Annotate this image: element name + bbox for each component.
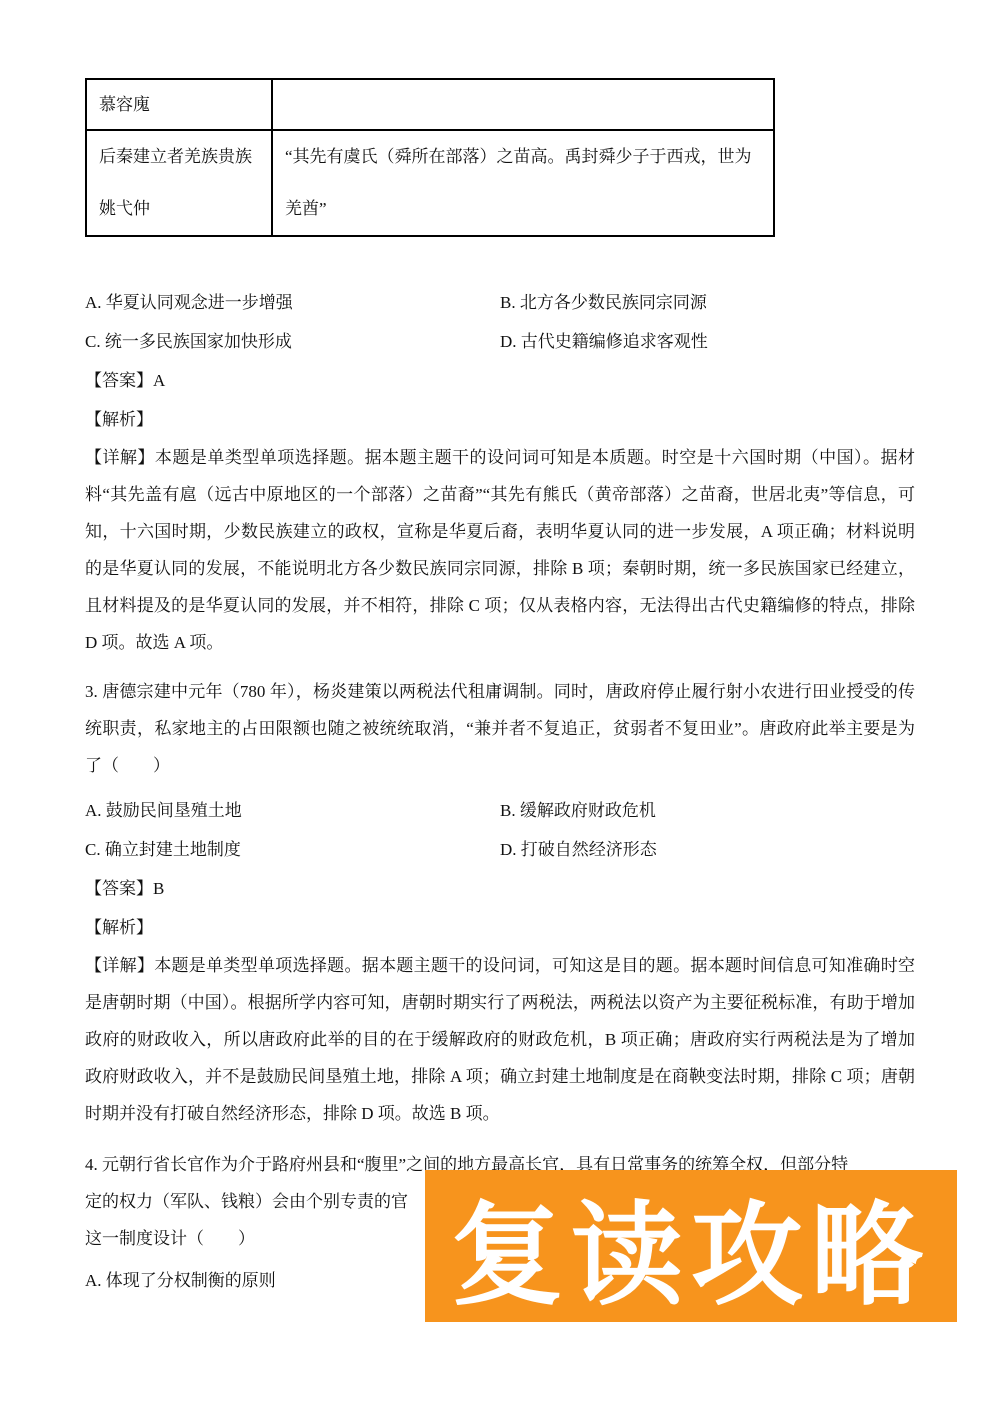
option-row: C. 统一多民族国家加快形成 D. 古代史籍编修追求客观性: [85, 322, 915, 361]
table-cell-quote: [272, 79, 774, 130]
table-row: 后秦建立者羌族贵族姚弋仲 “其先有虞氏（舜所在部落）之苗高。禹封舜少子于西戎，世…: [86, 130, 774, 236]
q2-analysis-line: 【解析】: [85, 400, 915, 439]
q3-option-c: C. 确立封建土地制度: [85, 830, 500, 869]
question3-options: A. 鼓励民间垦殖土地 B. 缓解政府财政危机 C. 确立封建土地制度 D. 打…: [85, 791, 915, 869]
q3-detail-paragraph: 【详解】本题是单类型单项选择题。据本题主题干的设问词，可知这是目的题。据本题时间…: [85, 947, 915, 1132]
q3-option-b: B. 缓解政府财政危机: [500, 791, 915, 830]
q3-option-d: D. 打破自然经济形态: [500, 830, 915, 869]
q2-option-a: A. 华夏认同观念进一步增强: [85, 283, 500, 322]
question2-options: A. 华夏认同观念进一步增强 B. 北方各少数民族同宗同源 C. 统一多民族国家…: [85, 283, 915, 361]
option-row: A. 鼓励民间垦殖土地 B. 缓解政府财政危机: [85, 791, 915, 830]
q2-option-d: D. 古代史籍编修追求客观性: [500, 322, 915, 361]
document-page: 慕容廆 后秦建立者羌族贵族姚弋仲 “其先有虞氏（舜所在部落）之苗高。禹封舜少子于…: [0, 0, 1000, 1414]
q2-detail-paragraph: 【详解】本题是单类型单项选择题。据本题主题干的设问词可知是本质题。时空是十六国时…: [85, 439, 915, 661]
q3-analysis-line: 【解析】: [85, 908, 915, 947]
option-row: A. 华夏认同观念进一步增强 B. 北方各少数民族同宗同源: [85, 283, 915, 322]
q2-option-b: B. 北方各少数民族同宗同源: [500, 283, 915, 322]
q2-answer-line: 【答案】A: [85, 361, 915, 400]
q3-answer-line: 【答案】B: [85, 869, 915, 908]
q3-option-a: A. 鼓励民间垦殖土地: [85, 791, 500, 830]
option-row: C. 确立封建土地制度 D. 打破自然经济形态: [85, 830, 915, 869]
question3-stem: 3. 唐德宗建中元年（780 年），杨炎建策以两税法代租庸调制。同时，唐政府停止…: [85, 673, 915, 784]
table-cell-term: 后秦建立者羌族贵族姚弋仲: [86, 130, 272, 236]
page-content: 慕容廆 后秦建立者羌族贵族姚弋仲 “其先有虞氏（舜所在部落）之苗高。禹封舜少子于…: [85, 78, 915, 1300]
table-row: 慕容廆: [86, 79, 774, 130]
source-table: 慕容廆 后秦建立者羌族贵族姚弋仲 “其先有虞氏（舜所在部落）之苗高。禹封舜少子于…: [85, 78, 775, 237]
q2-option-c: C. 统一多民族国家加快形成: [85, 322, 500, 361]
table-cell-term: 慕容廆: [86, 79, 272, 130]
table-cell-quote: “其先有虞氏（舜所在部落）之苗高。禹封舜少子于西戎，世为羌酋”: [272, 130, 774, 236]
fudu-gonglue-watermark-banner: 复读攻略: [425, 1170, 957, 1322]
